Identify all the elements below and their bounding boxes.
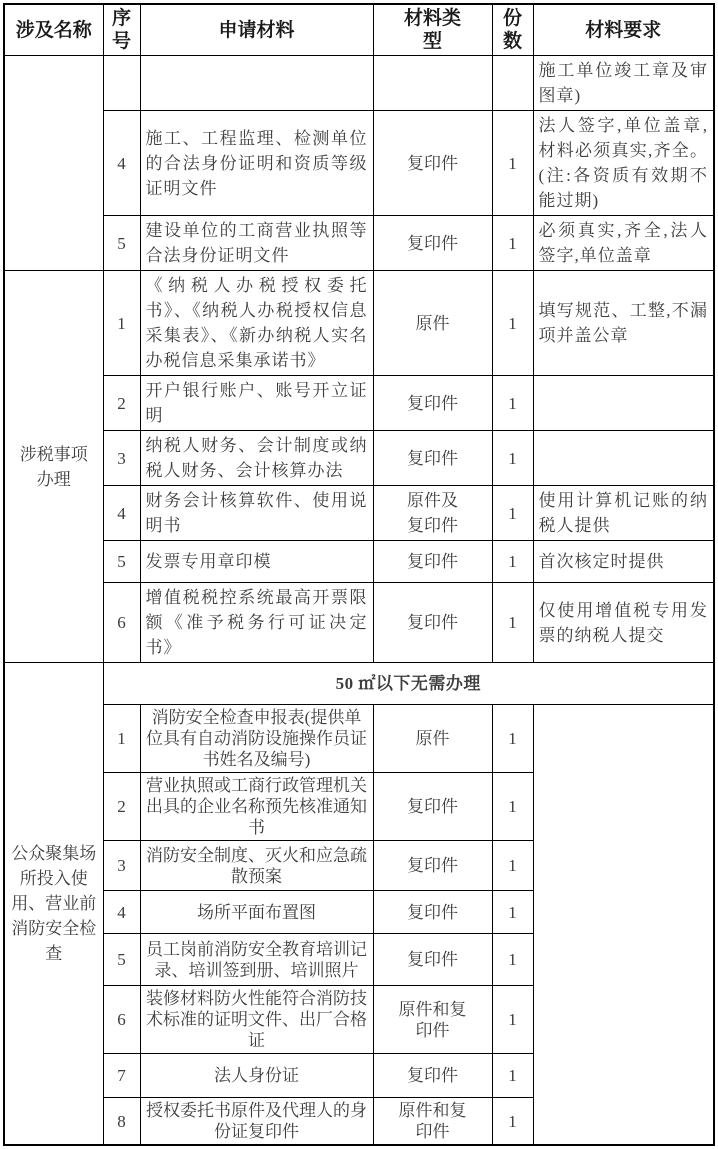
table-row: 3 纳税人财务、会计制度或纳税人财务、会计核算办法 复印件 1 <box>4 431 714 486</box>
header-material-type: 材料类 型 <box>373 4 492 56</box>
type-cell: 复印件 <box>373 541 492 583</box>
material-cell: 财务会计核算软件、使用说明书 <box>140 486 373 541</box>
requirement-cell: 使用计算机记账的纳税人提供 <box>533 486 714 541</box>
material-cell: 法人身份证 <box>140 1054 373 1098</box>
type-cell <box>373 56 492 111</box>
requirement-cell <box>533 705 714 1146</box>
material-cell: 场所平面布置图 <box>140 891 373 934</box>
type-cell: 原件 <box>373 271 492 376</box>
type-cell: 原件 <box>373 705 492 773</box>
serial-cell: 1 <box>103 271 140 376</box>
material-cell: 建设单位的工商营业执照等合法身份证明文件 <box>140 216 373 271</box>
requirement-cell: 仅使用增值税专用发票的纳税人提交 <box>533 583 714 663</box>
copies-cell: 1 <box>492 271 533 376</box>
header-material-requirement: 材料要求 <box>533 4 714 56</box>
copies-cell: 1 <box>492 841 533 891</box>
serial-cell: 3 <box>103 841 140 891</box>
serial-cell: 5 <box>103 541 140 583</box>
serial-cell: 6 <box>103 986 140 1054</box>
material-cell: 消防安全制度、灭火和应急疏散预案 <box>140 841 373 891</box>
requirement-cell <box>533 376 714 431</box>
material-cell <box>140 56 373 111</box>
copies-cell: 1 <box>492 431 533 486</box>
section-name-cell <box>4 56 103 271</box>
material-cell: 增值税税控系统最高开票限额《准予税务行可证决定书》 <box>140 583 373 663</box>
type-cell: 原件和复 印件 <box>373 986 492 1054</box>
table-row: 6 增值税税控系统最高开票限额《准予税务行可证决定书》 复印件 1 仅使用增值税… <box>4 583 714 663</box>
copies-cell: 1 <box>492 891 533 934</box>
copies-cell: 1 <box>492 541 533 583</box>
material-cell: 授权委托书原件及代理人的身份证复印件 <box>140 1098 373 1146</box>
copies-cell: 1 <box>492 986 533 1054</box>
application-materials-table: 涉及名称 序 号 申请材料 材料类 型 份 数 材料要求 施工单位竣工章及审图章… <box>3 3 715 1146</box>
table-row: 2 开户银行账户、账号开立证明 复印件 1 <box>4 376 714 431</box>
serial-cell: 4 <box>103 891 140 934</box>
type-cell: 复印件 <box>373 841 492 891</box>
header-application-material: 申请材料 <box>140 4 373 56</box>
header-involved-name: 涉及名称 <box>4 4 103 56</box>
type-cell: 复印件 <box>373 583 492 663</box>
material-cell: 员工岗前消防安全教育培训记录、培训签到册、培训照片 <box>140 934 373 986</box>
header-copies: 份 数 <box>492 4 533 56</box>
type-cell: 复印件 <box>373 1054 492 1098</box>
section-name-cell: 涉税事项 办理 <box>4 271 103 663</box>
type-cell: 原件及 复印件 <box>373 486 492 541</box>
serial-cell: 5 <box>103 216 140 271</box>
requirement-cell: 法人签字,单位盖章,材料必须真实,齐全。(注:各资质有效期不能过期) <box>533 111 714 216</box>
table-row: 5 建设单位的工商营业执照等合法身份证明文件 复印件 1 必须真实,齐全,法人签… <box>4 216 714 271</box>
type-cell: 原件和复 印件 <box>373 1098 492 1146</box>
copies-cell: 1 <box>492 216 533 271</box>
serial-cell: 5 <box>103 934 140 986</box>
requirement-cell <box>533 431 714 486</box>
copies-cell: 1 <box>492 111 533 216</box>
material-cell: 消防安全检查申报表(提供单位具有自动消防设施操作员证书姓名及编号) <box>140 705 373 773</box>
requirement-cell: 施工单位竣工章及审图章) <box>533 56 714 111</box>
type-cell: 复印件 <box>373 376 492 431</box>
serial-cell: 4 <box>103 486 140 541</box>
type-cell: 复印件 <box>373 934 492 986</box>
banner-50sqm-cell: 50 ㎡以下无需办理 <box>103 663 714 705</box>
type-cell: 复印件 <box>373 891 492 934</box>
type-cell: 复印件 <box>373 431 492 486</box>
copies-cell: 1 <box>492 1054 533 1098</box>
requirement-cell: 填写规范、工整,不漏项并盖公章 <box>533 271 714 376</box>
copies-cell: 1 <box>492 1098 533 1146</box>
serial-cell: 2 <box>103 376 140 431</box>
material-cell: 施工、工程监理、检测单位的合法身份证明和资质等级证明文件 <box>140 111 373 216</box>
requirement-cell: 必须真实,齐全,法人签字,单位盖章 <box>533 216 714 271</box>
table-row: 公众聚集场 所投入使 用、营业前 消防安全检 查 50 ㎡以下无需办理 <box>4 663 714 705</box>
copies-cell: 1 <box>492 773 533 841</box>
section-name-cell: 公众聚集场 所投入使 用、营业前 消防安全检 查 <box>4 663 103 1146</box>
requirement-cell: 首次核定时提供 <box>533 541 714 583</box>
material-cell: 发票专用章印模 <box>140 541 373 583</box>
table-row: 施工单位竣工章及审图章) <box>4 56 714 111</box>
header-serial-number: 序 号 <box>103 4 140 56</box>
copies-cell: 1 <box>492 486 533 541</box>
type-cell: 复印件 <box>373 216 492 271</box>
type-cell: 复印件 <box>373 773 492 841</box>
serial-cell: 1 <box>103 705 140 773</box>
table-row: 4 施工、工程监理、检测单位的合法身份证明和资质等级证明文件 复印件 1 法人签… <box>4 111 714 216</box>
table-row: 4 财务会计核算软件、使用说明书 原件及 复印件 1 使用计算机记账的纳税人提供 <box>4 486 714 541</box>
copies-cell: 1 <box>492 934 533 986</box>
serial-cell: 4 <box>103 111 140 216</box>
material-cell: 营业执照或工商行政管理机关出具的企业名称预先核准通知书 <box>140 773 373 841</box>
table-header-row: 涉及名称 序 号 申请材料 材料类 型 份 数 材料要求 <box>4 4 714 56</box>
copies-cell: 1 <box>492 376 533 431</box>
copies-cell: 1 <box>492 705 533 773</box>
serial-cell: 6 <box>103 583 140 663</box>
serial-cell <box>103 56 140 111</box>
copies-cell: 1 <box>492 583 533 663</box>
material-cell: 《纳税人办税授权委托书》、《纳税人办税授权信息采集表》、《新办纳税人实名办税信息… <box>140 271 373 376</box>
serial-cell: 3 <box>103 431 140 486</box>
serial-cell: 8 <box>103 1098 140 1146</box>
copies-cell <box>492 56 533 111</box>
serial-cell: 2 <box>103 773 140 841</box>
type-cell: 复印件 <box>373 111 492 216</box>
material-cell: 装修材料防火性能符合消防技术标准的证明文件、出厂合格证 <box>140 986 373 1054</box>
material-cell: 纳税人财务、会计制度或纳税人财务、会计核算办法 <box>140 431 373 486</box>
serial-cell: 7 <box>103 1054 140 1098</box>
table-row: 1 消防安全检查申报表(提供单位具有自动消防设施操作员证书姓名及编号) 原件 1 <box>4 705 714 773</box>
table-row: 5 发票专用章印模 复印件 1 首次核定时提供 <box>4 541 714 583</box>
table-row: 涉税事项 办理 1 《纳税人办税授权委托书》、《纳税人办税授权信息采集表》、《新… <box>4 271 714 376</box>
material-cell: 开户银行账户、账号开立证明 <box>140 376 373 431</box>
